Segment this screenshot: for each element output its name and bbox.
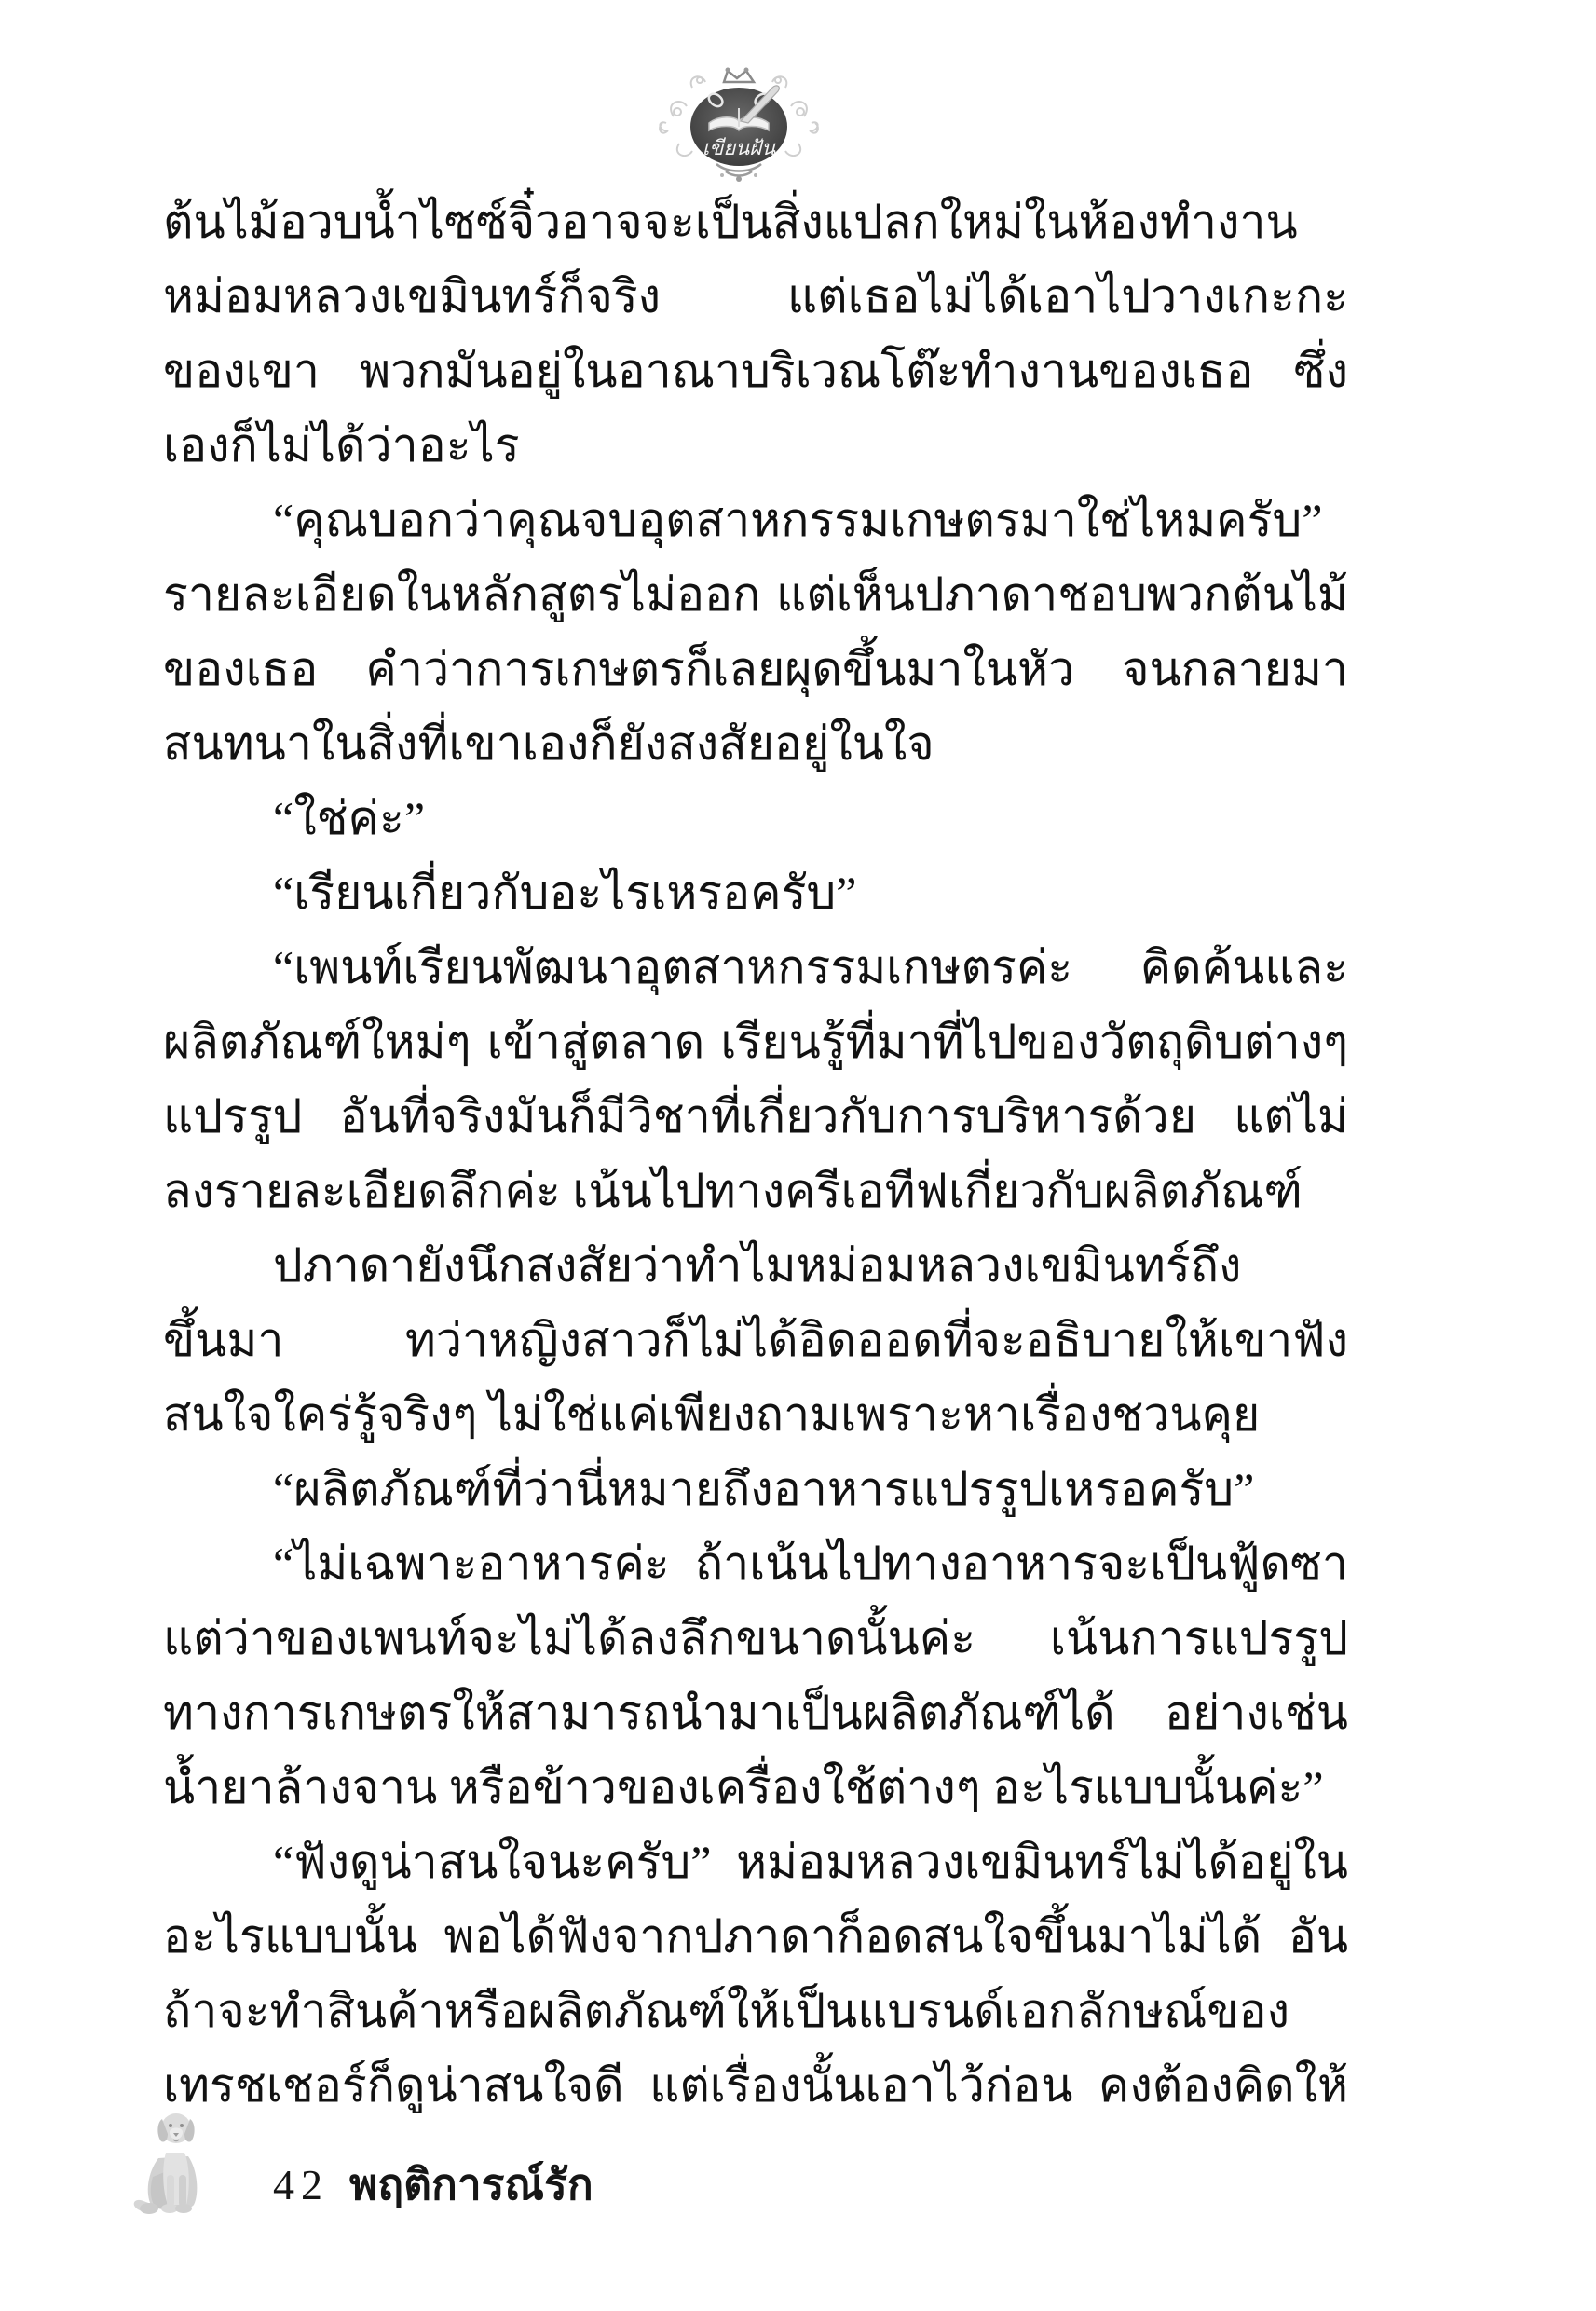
book-title: พฤติการณ์รัก (349, 2151, 593, 2219)
publisher-emblem-graphic: เขียนฝัน (655, 65, 823, 186)
text-line: “เพนท์เรียนพัฒนาอุตสาหกรรมเกษตรค่ะ คิดค้… (163, 930, 1348, 1005)
text-line: สนทนาในสิ่งที่เขาเองก็ยังสงสัยอยู่ในใจ (163, 706, 1348, 781)
text-line: ของเธอ คำว่าการเกษตรก็เลยผุดขึ้นมาในหัว … (163, 632, 1348, 706)
text-line: “ใช่ค่ะ” (163, 781, 1348, 855)
text-line: หม่อมหลวงเขมินทร์ก็จริง แต่เธอไม่ได้เอาไ… (163, 259, 1348, 334)
text-line: ทางการเกษตรให้สามารถนำมาเป็นผลิตภัณฑ์ได้… (163, 1675, 1348, 1750)
text-line: ของเขา พวกมันอยู่ในอาณาบริเวณโต๊ะทำงานขอ… (163, 334, 1348, 408)
bottom-flourish (716, 164, 761, 182)
dog-graphic (130, 2104, 219, 2218)
text-line: ถ้าจะทำสินค้าหรือผลิตภัณฑ์ให้เป็นแบรนด์เ… (163, 1974, 1348, 2048)
publisher-emblem: เขียนฝัน (655, 65, 823, 186)
text-line: เองก็ไม่ได้ว่าอะไร (163, 408, 1348, 483)
emblem-title: เขียนฝัน (703, 136, 776, 159)
dog-image (130, 2104, 219, 2218)
text-line: ขึ้นมา ทว่าหญิงสาวก็ไม่ได้อิดออดที่จะอธิ… (163, 1303, 1348, 1377)
text-line: แต่ว่าของเพนท์จะไม่ได้ลงลึกขนาดนั้นค่ะ เ… (163, 1601, 1348, 1675)
text-line: น้ำยาล้างจาน หรือข้าวของเครื่องใช้ต่างๆ … (163, 1750, 1348, 1825)
page-footer: 42 พฤติการณ์รัก (273, 2151, 593, 2219)
text-line: ปภาดายังนึกสงสัยว่าทำไมหม่อมหลวงเขมินทร์… (163, 1228, 1348, 1303)
text-block: ต้นไม้อวบน้ำไซซ์จิ๋วอาจจะเป็นสิ่งแปลกใหม… (163, 185, 1348, 2123)
text-line: อะไรแบบนั้น พอได้ฟังจากปภาดาก็อดสนใจขึ้น… (163, 1899, 1348, 1974)
text-line: รายละเอียดในหลักสูตรไม่ออก แต่เห็นปภาดาช… (163, 557, 1348, 632)
text-line: สนใจใคร่รู้จริงๆ ไม่ใช่แค่เพียงถามเพราะห… (163, 1377, 1348, 1452)
crown-icon (724, 68, 754, 83)
text-line: “ผลิตภัณฑ์ที่ว่านี่หมายถึงอาหารแปรรูปเหร… (163, 1452, 1348, 1526)
text-line: “ฟังดูน่าสนใจนะครับ” หม่อมหลวงเขมินทร์ไม… (163, 1825, 1348, 1899)
page-number: 42 (273, 2160, 329, 2209)
text-line: “เรียนเกี่ยวกับอะไรเหรอครับ” (163, 855, 1348, 930)
text-line: ต้นไม้อวบน้ำไซซ์จิ๋วอาจจะเป็นสิ่งแปลกใหม… (163, 185, 1348, 259)
text-line: “ไม่เฉพาะอาหารค่ะ ถ้าเน้นไปทางอาหารจะเป็… (163, 1526, 1348, 1601)
text-line: ลงรายละเอียดลึกค่ะ เน้นไปทางครีเอทีฟเกี่… (163, 1154, 1348, 1228)
text-line: “คุณบอกว่าคุณจบอุตสาหกรรมเกษตรมาใช่ไหมคร… (163, 483, 1348, 557)
text-line: ผลิตภัณฑ์ใหม่ๆ เข้าสู่ตลาด เรียนรู้ที่มา… (163, 1005, 1348, 1079)
book-page: เขียนฝัน ต้นไม้อวบน้ำไซซ์จิ๋วอาจจะเป็นสิ… (0, 0, 1596, 2311)
text-line: เทรชเชอร์ก็ดูน่าสนใจดี แต่เรื่องนั้นเอาไ… (163, 2048, 1348, 2123)
text-line: แปรรูป อันที่จริงมันก็มีวิชาที่เกี่ยวกับ… (163, 1079, 1348, 1154)
